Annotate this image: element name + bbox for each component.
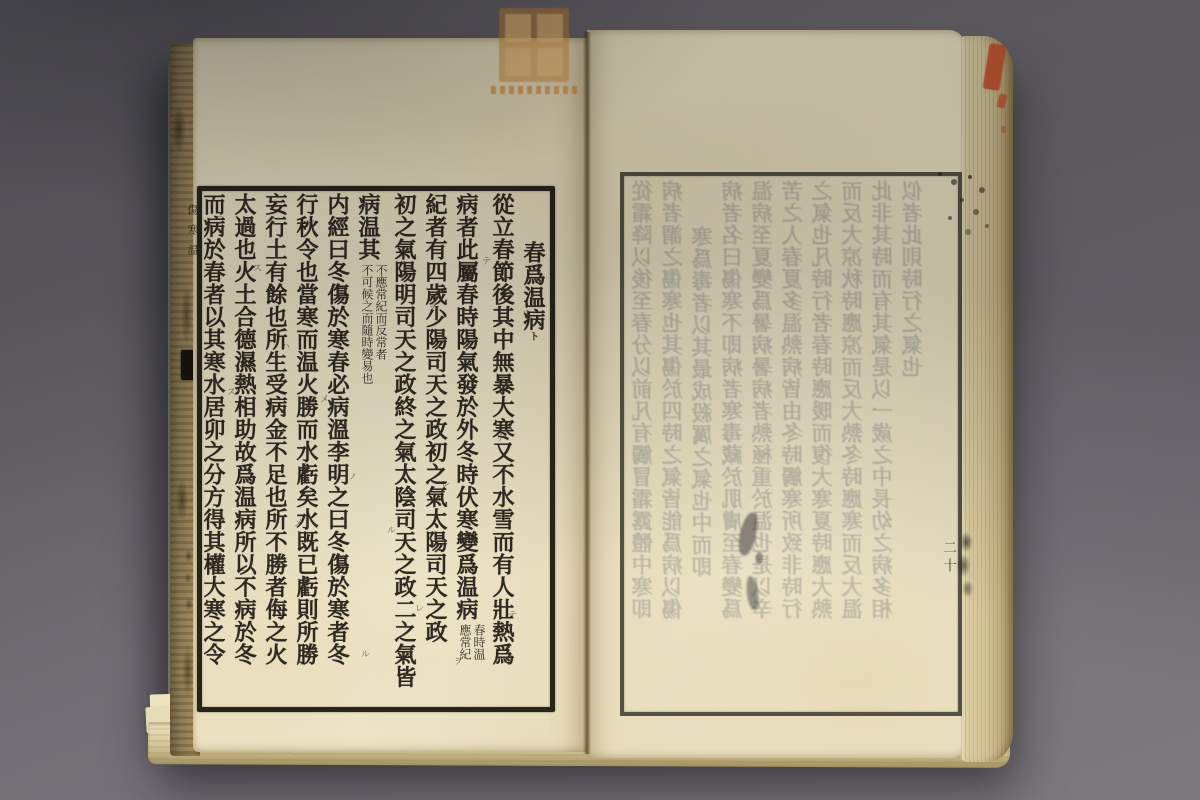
kunten-mark: ニ [214, 212, 223, 221]
showthrough-column: 此非其時而有其氣是以一歲之中長幼之病多相 [868, 180, 898, 708]
showthrough-column: 寒爲毒者以其最成殺厲之氣也中而即 [688, 180, 718, 708]
kunten-mark: ヲ [454, 658, 463, 667]
kunten-mark: メ [320, 396, 329, 405]
showthrough-column: 病者謂之傷寒也其傷於四時之氣皆能爲病以傷 [658, 180, 688, 708]
text-column: 而病於春者以其寒水居卯之分方得其權大寒之令 [204, 193, 228, 705]
text-column: 行秋令也當寒而温火勝而水虧矣水既已虧則所勝 [290, 193, 321, 705]
kunten-mark: ス [253, 265, 262, 274]
kunten-mark: リ [521, 311, 530, 320]
small-annotation: 春時温應常紀 [458, 624, 486, 660]
fore-edge-folio-number: 二十 [941, 540, 957, 576]
showthrough-column: 而反大凉秋時應凉而反大熱冬時應寒而反大温 [838, 180, 868, 708]
red-edge-paint-mark [1001, 126, 1006, 133]
photo-of-open-book: 春爲温病ト從立春節後其中無暴大寒又不水雪而有人壯熱爲病者此屬春時陽氣發於外冬時伏… [0, 0, 1200, 800]
kunten-mark: メ [294, 520, 303, 529]
kunten-mark: テ [482, 258, 491, 267]
showthrough-column: 温病至夏變爲暑病暑病者熱極重於温也是以辛 [748, 180, 778, 708]
kunten-mark: レ [415, 605, 424, 614]
kunten-mark: レ [441, 481, 450, 490]
fore-edge-page-stack [961, 36, 1013, 762]
kunten-mark: ヲ [428, 304, 437, 313]
kunten-mark: ノ [348, 474, 357, 483]
kunten-mark: ス [227, 389, 236, 398]
center-gutter-crease [583, 32, 591, 754]
small-annotation: 不應常紀而反常者不可候之而隨時變易也 [360, 264, 388, 384]
text-column: 妄行土有餘也所生受病金不足也所不勝者侮之火 [259, 193, 290, 705]
text-column: 内經曰冬傷於寒春必病溫李明之曰冬傷於寒者冬 [321, 193, 352, 705]
kunten-mark: リ [495, 435, 504, 444]
kunten-mark: ハ [307, 219, 316, 228]
showthrough-column: 苦之人春夏多温熱病皆由冬時觸寒所致非時行 [778, 180, 808, 708]
text-column: 紀者有四歲少陽司天之政初之氣太陽司天之政 [419, 193, 450, 705]
orange-watermark-stamp [499, 8, 569, 82]
right-page-showthrough-text: 從霜降以後至春分以前凡有觸冒霜露體中寒即病者謂之傷寒也其傷於四時之氣皆能爲病以傷… [628, 180, 954, 708]
ink-blot [756, 552, 763, 564]
text-column: 從立春節後其中無暴大寒又不水雪而有人壯熱爲 [486, 193, 517, 705]
showthrough-column: 之氣也凡時行者春時應暖而復大寒夏時應大熱 [808, 180, 838, 708]
kunten-mark: テ [508, 612, 517, 621]
spine-edge-title-text: 傷寒温 [184, 204, 200, 364]
showthrough-column: 從霜降以後至春分以前凡有觸冒霜露體中寒即 [628, 180, 658, 708]
text-column: 初之氣陽明司天之政終之氣太陰司天之政二之氣皆 [388, 193, 419, 705]
text-column: 病者此屬春時陽氣發於外冬時伏寒變爲温病春時温應常紀 [450, 193, 486, 705]
orange-watermark-caption [491, 86, 577, 94]
kunten-mark: ノ [374, 350, 383, 359]
section-title-column: 春爲温病ト [517, 193, 548, 705]
kunten-mark: ル [361, 651, 370, 660]
kunten-mark: ニ [240, 566, 249, 575]
showthrough-column: 似者此則時行之氣也 [898, 180, 928, 708]
showthrough-column: 病者名曰傷寒不即病者寒毒藏於肌膚至春變爲 [718, 180, 748, 708]
text-column: 病温其不應常紀而反常者不可候之而隨時變易也 [352, 193, 388, 705]
kunten-mark: ル [387, 527, 396, 536]
kunten-mark: ハ [281, 343, 290, 352]
kunten-mark: ト [527, 331, 538, 341]
